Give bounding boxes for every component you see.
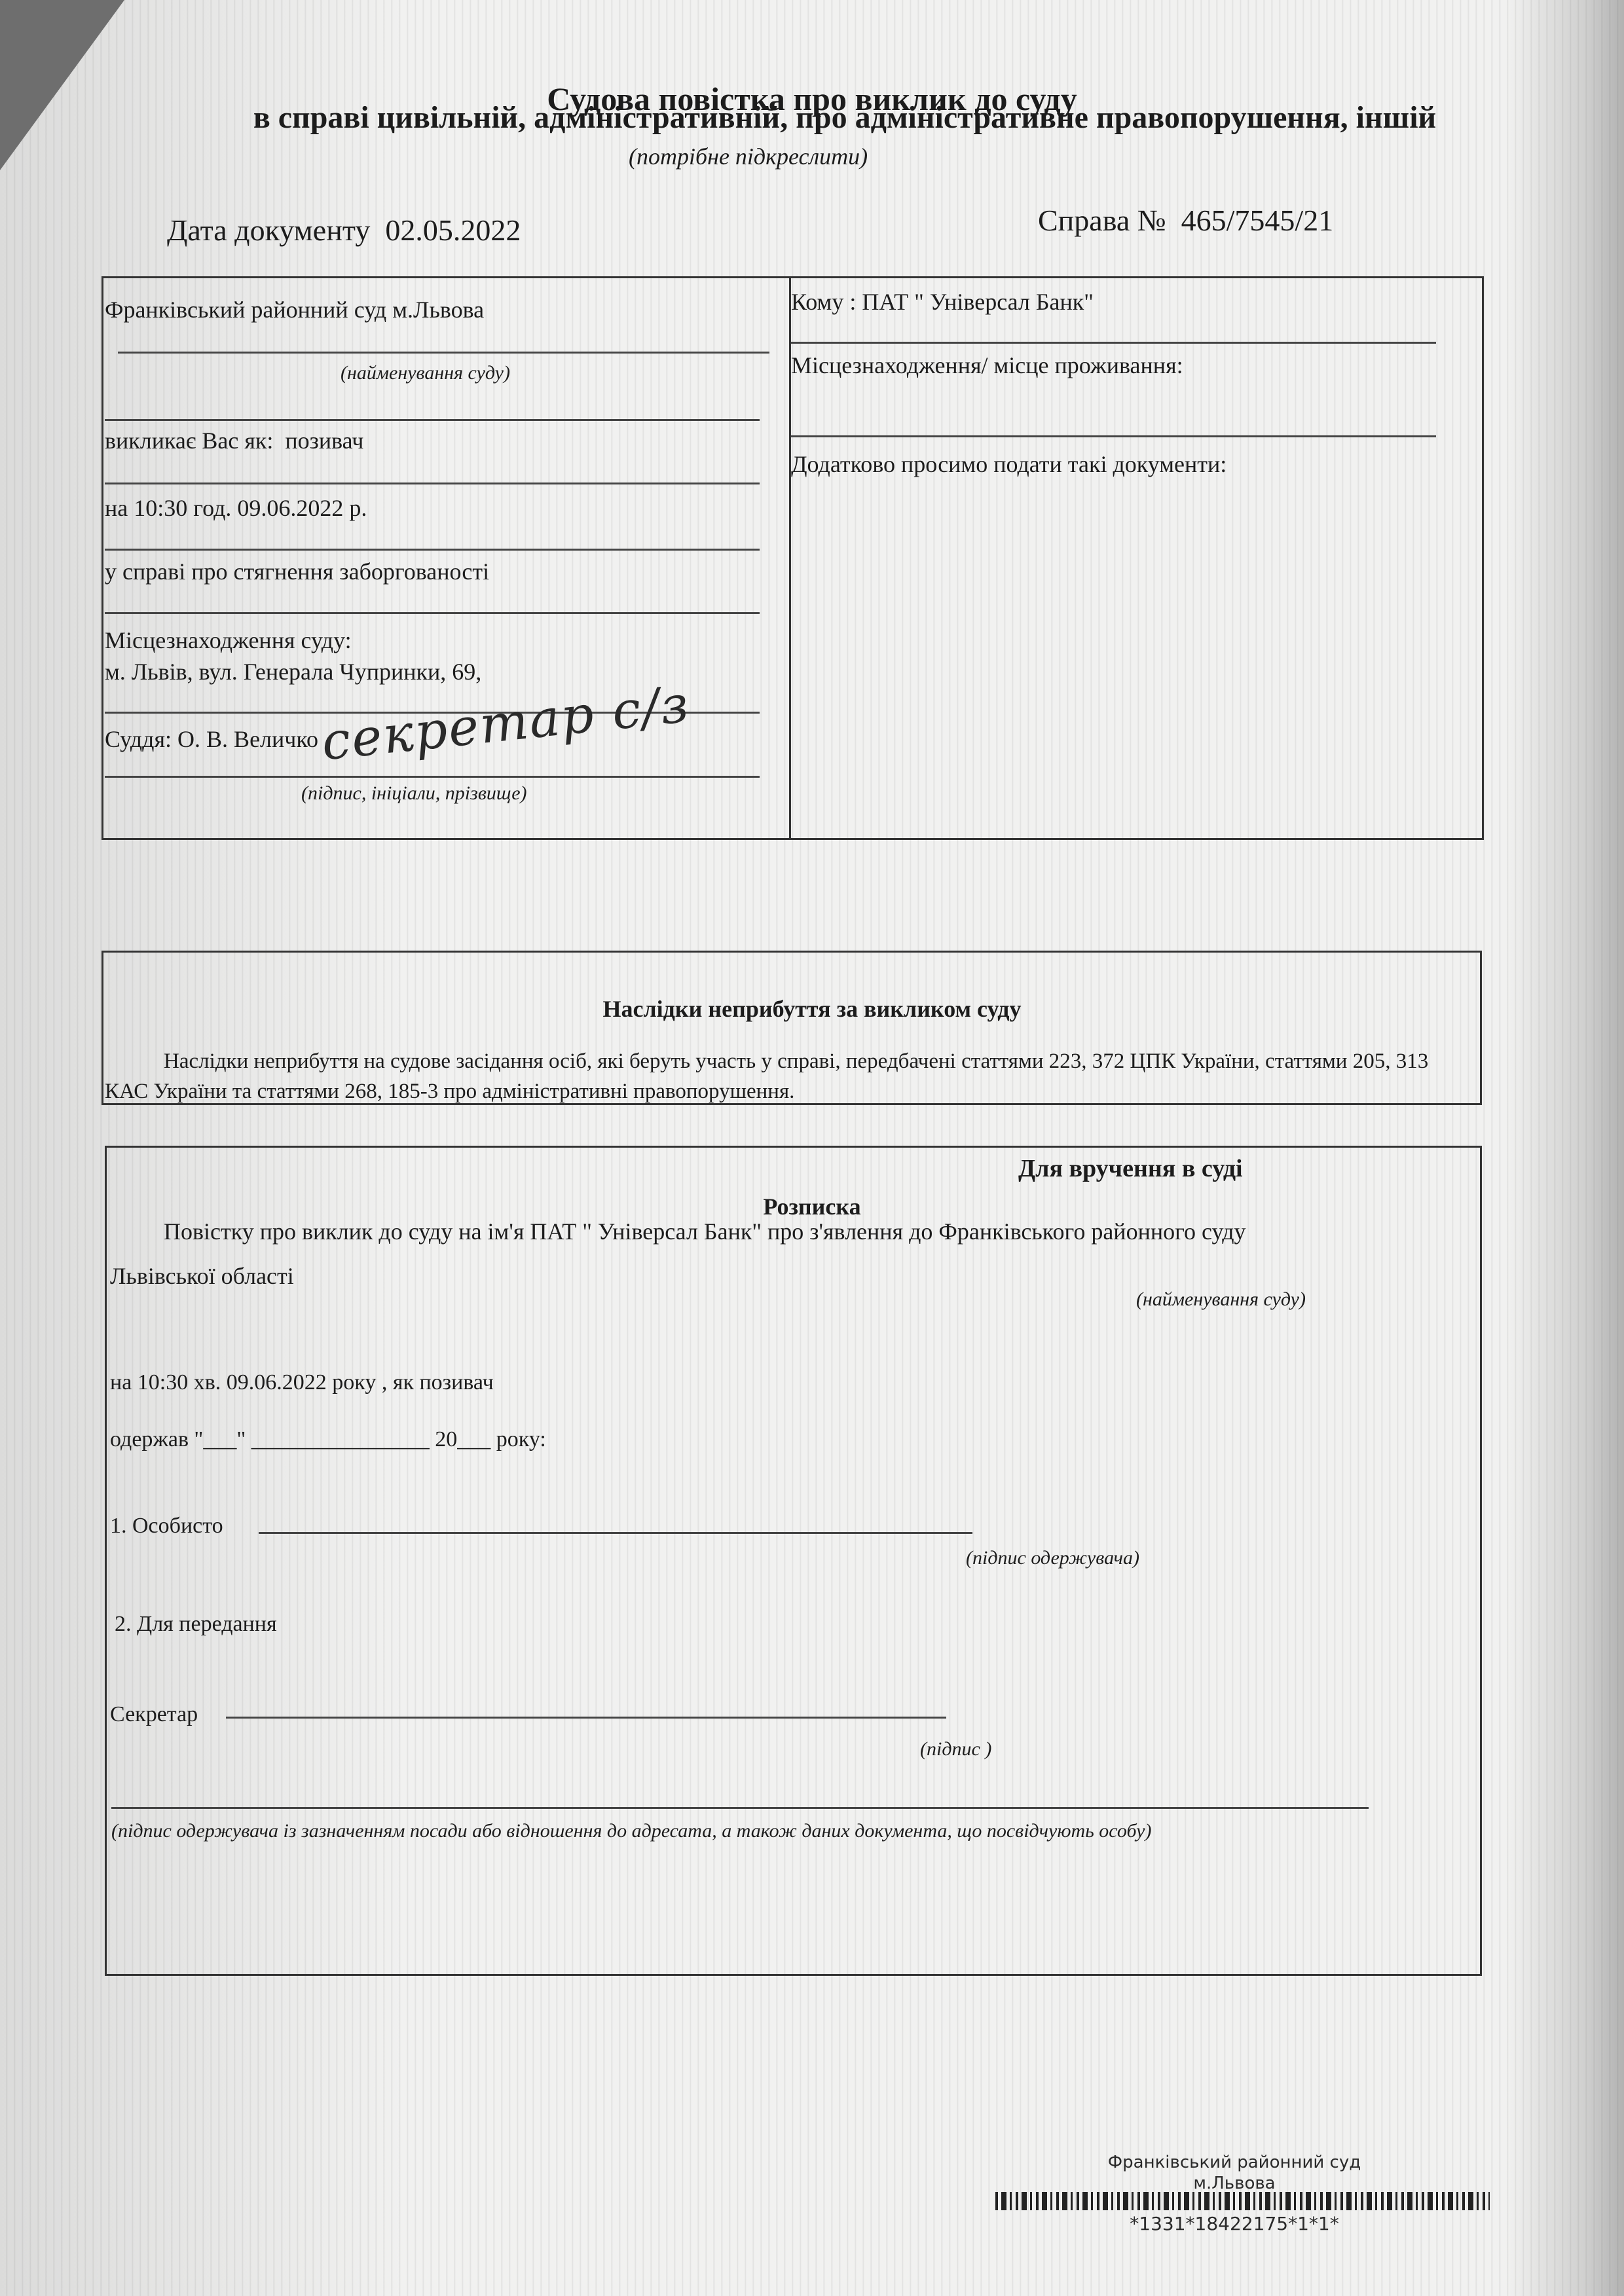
document-date: Дата документу 02.05.2022 xyxy=(167,213,521,247)
court-location-label: Місцезнаходження суду: xyxy=(105,627,352,654)
divider xyxy=(105,549,760,551)
court-address: м. Львів, вул. Генерала Чупринки, 69, xyxy=(105,658,481,685)
case-subject: у справі про стягнення заборгованості xyxy=(105,558,489,585)
delivery-note: Для вручення в суді xyxy=(1018,1154,1243,1183)
receipt-heading: Розписка xyxy=(0,1193,1624,1220)
summons-as: викликає Вас як: позивач xyxy=(105,427,363,454)
divider xyxy=(105,419,760,421)
received-date-line: одержав "___" ________________ 20___ рок… xyxy=(110,1427,546,1452)
receipt-line2: Львівської області xyxy=(110,1262,294,1290)
judge-line: Суддя: О. В. Величко xyxy=(105,725,318,753)
secretary-signature-line[interactable] xyxy=(226,1717,946,1719)
document-date-value: 02.05.2022 xyxy=(385,213,521,247)
divider xyxy=(791,435,1436,437)
case-number-value: 465/7545/21 xyxy=(1181,204,1334,237)
divider xyxy=(118,352,769,354)
divider xyxy=(105,612,760,614)
case-number: Справа № 465/7545/21 xyxy=(1038,203,1333,238)
case-number-label: Справа № xyxy=(1038,204,1166,237)
court-name: Франківський районний суд м.Львова xyxy=(105,296,484,323)
hearing-time: на 10:30 год. 09.06.2022 р. xyxy=(105,494,367,522)
recipient-line: Кому : ПАТ " Універсал Банк" xyxy=(791,288,1094,316)
receipt-court-caption: (найменування суду) xyxy=(1136,1288,1306,1311)
document-date-label: Дата документу xyxy=(167,213,370,247)
barcode xyxy=(995,2192,1490,2210)
divider xyxy=(105,483,760,484)
receipt-box xyxy=(105,1146,1482,1976)
receipt-line1: Повістку про виклик до суду на ім'я ПАТ … xyxy=(164,1218,1246,1245)
barcode-text: *1331*18422175*1*1* xyxy=(1087,2213,1382,2234)
personally-label: 1. Особисто xyxy=(110,1514,223,1539)
recipient-caption: (підпис одержувача із зазначенням посади… xyxy=(111,1820,1151,1842)
consequences-heading: Наслідки неприбуття за викликом суду xyxy=(0,995,1624,1023)
recipient-location-label: Місцезнаходження/ місце проживання: xyxy=(791,352,1183,379)
secretary-caption: (підпис ) xyxy=(920,1738,991,1760)
summons-as-label: викликає Вас як: xyxy=(105,428,273,454)
title-note: (потрібне підкреслити) xyxy=(629,143,868,170)
footer-court-line1: Франківський районний суд xyxy=(1087,2153,1382,2172)
signature-caption: (підпис, ініціали, прізвище) xyxy=(301,782,527,805)
extra-documents-label: Додатково просимо подати такі документи: xyxy=(791,450,1227,478)
document-subtitle: в справі цивільній, адміністративній, пр… xyxy=(157,100,1532,136)
court-name-caption: (найменування суду) xyxy=(341,362,510,384)
divider xyxy=(791,342,1436,344)
receipt-time-line: на 10:30 хв. 09.06.2022 року , як позива… xyxy=(110,1370,494,1395)
secretary-label: Секретар xyxy=(110,1702,198,1727)
consequences-body: Наслідки неприбуття на судове засідання … xyxy=(105,1046,1477,1106)
personally-signature-line[interactable] xyxy=(259,1532,972,1534)
footer-court-line2: м.Львова xyxy=(1087,2174,1382,2193)
transfer-label: 2. Для передання xyxy=(115,1612,277,1637)
divider xyxy=(105,776,760,778)
recipient-signature-line[interactable] xyxy=(111,1807,1369,1809)
personally-caption: (підпис одержувача) xyxy=(966,1547,1139,1569)
summons-as-value: позивач xyxy=(285,428,363,454)
